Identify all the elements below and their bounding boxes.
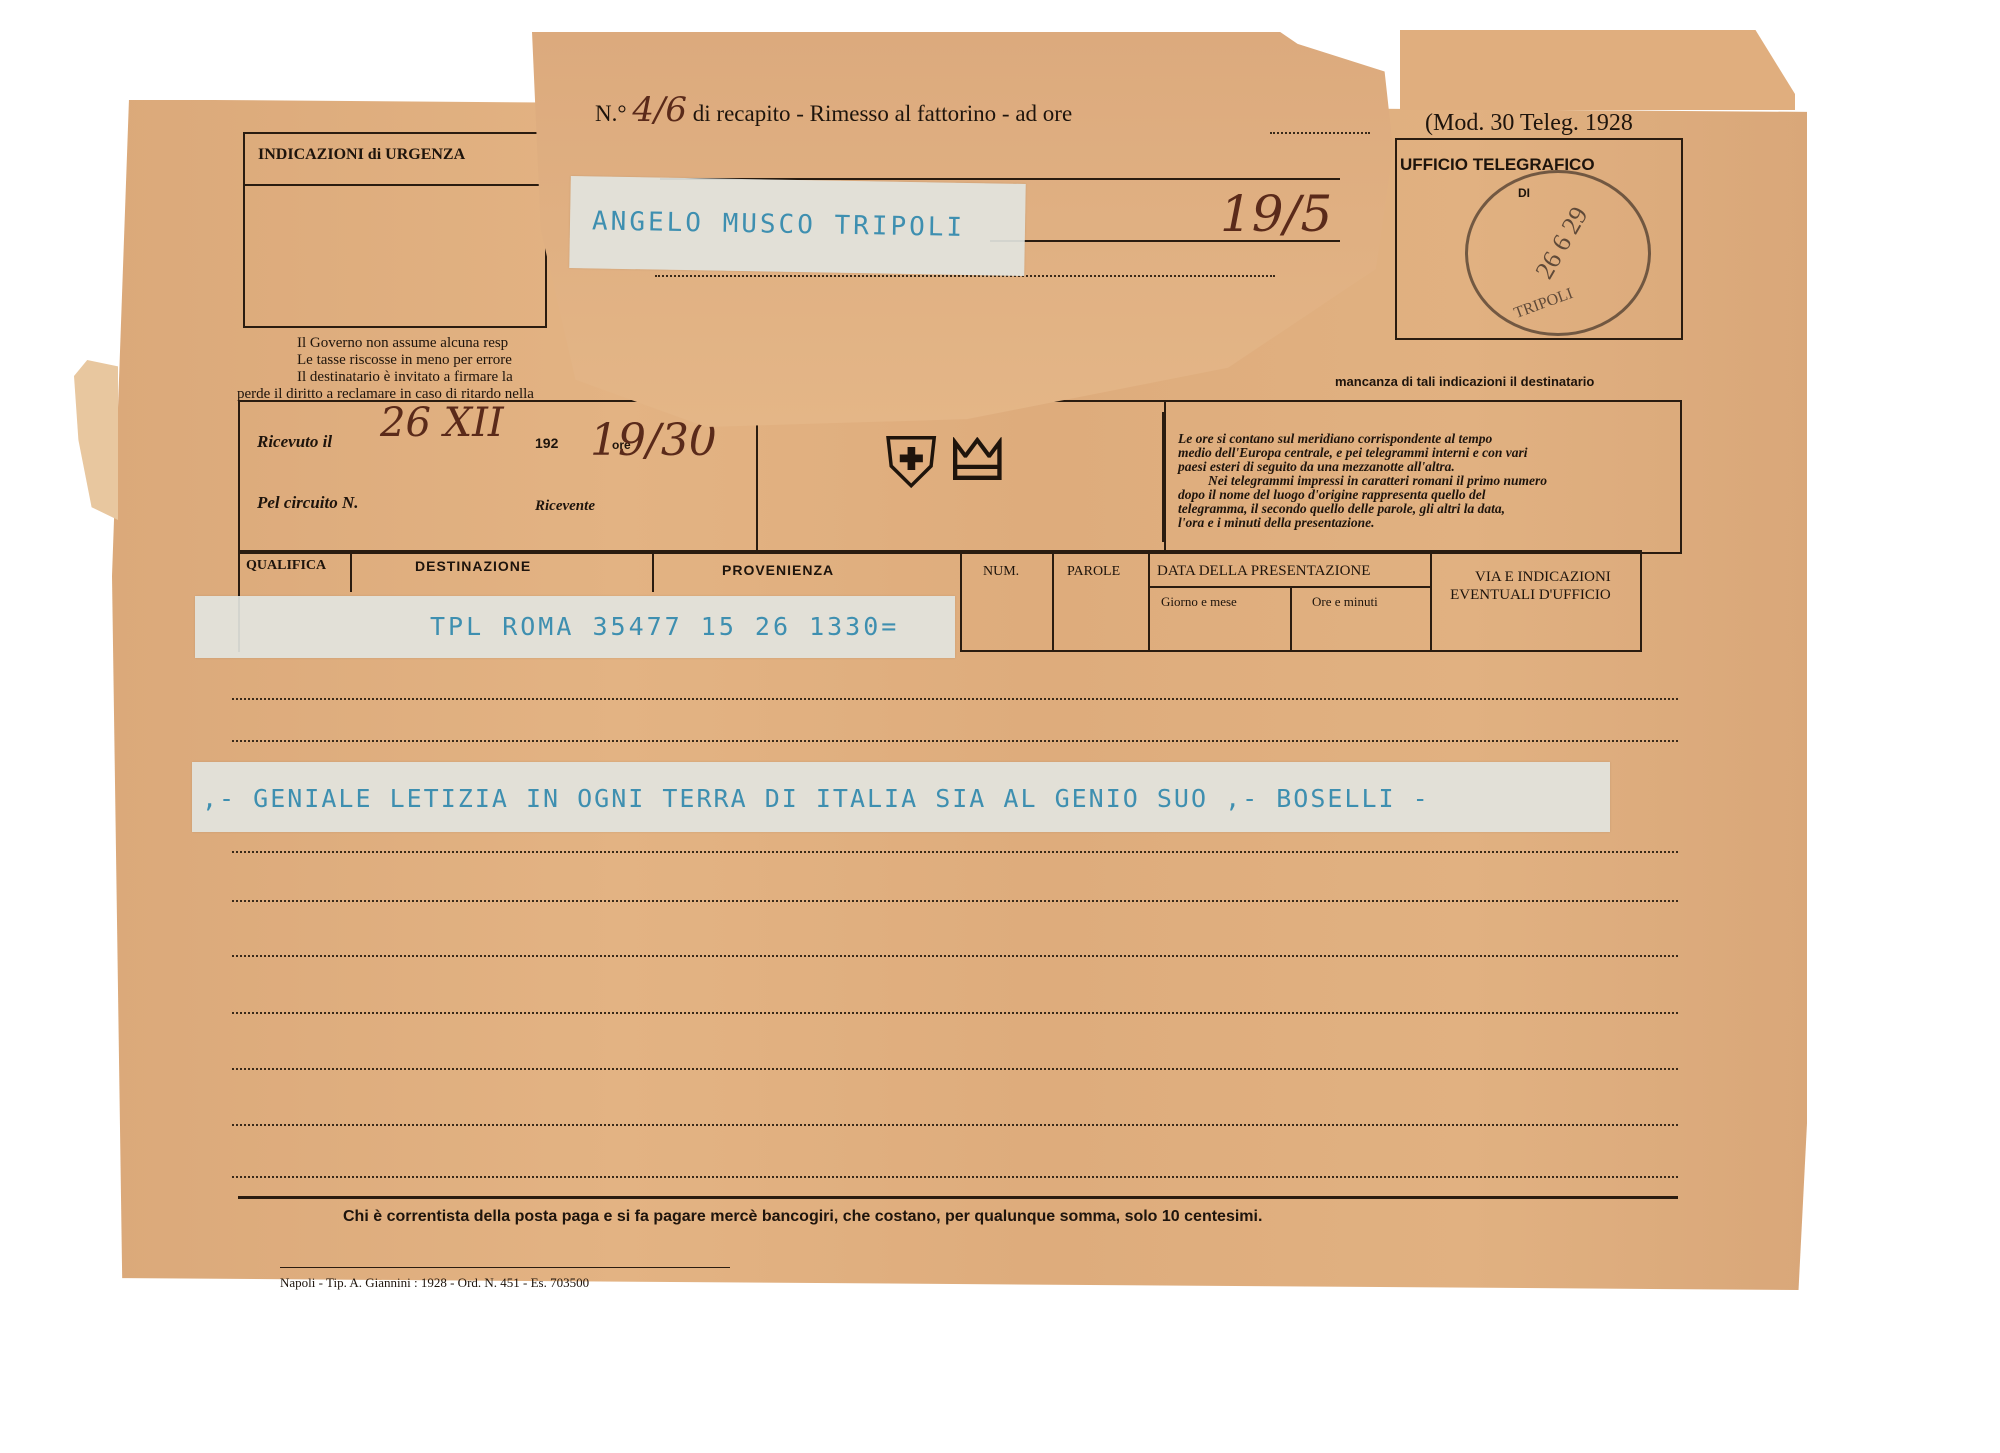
delivery-number: 4/6	[632, 90, 687, 130]
header-parole: PAROLE	[1067, 564, 1120, 580]
recipient-text: ANGELO MUSCO TRIPOLI	[592, 206, 966, 243]
header-provenienza: PROVENIENZA	[722, 562, 834, 578]
eagle-fasces-icon: 🜲	[950, 430, 1005, 490]
stamp-city: TRIPOLI	[1512, 285, 1576, 323]
coat-of-arms-icon: ⛨	[885, 430, 938, 500]
notice-text: Il Governo non assume alcuna resp Le tas…	[297, 335, 534, 403]
year-label: 192	[535, 435, 558, 451]
header-data-presentazione: DATA DELLA PRESENTAZIONE	[1157, 563, 1370, 580]
message-text: ,- GENIALE LETIZIA IN OGNI TERRA DI ITAL…	[202, 784, 1430, 813]
message-tape: ,- GENIALE LETIZIA IN OGNI TERRA DI ITAL…	[192, 762, 1610, 832]
header-via-indicazioni: VIA E INDICAZIONI EVENTUALI D'UFFICIO	[1475, 568, 1611, 604]
ricevuto-handwritten: 26 XII	[380, 400, 504, 446]
paper-top-right	[1400, 30, 1795, 110]
recipient-tape: ANGELO MUSCO TRIPOLI	[569, 176, 1026, 276]
ricevente-label: Ricevente	[535, 498, 595, 515]
header-tape: TPL ROMA 35477 15 26 1330=	[195, 596, 955, 658]
model-number: (Mod. 30 Teleg. 1928	[1425, 110, 1633, 137]
time-notice-text: Le ore si contano sul meridiano corrispo…	[1178, 432, 1547, 530]
header-giorno-mese: Giorno e mese	[1161, 594, 1237, 610]
footer-notice: Chi è correntista della posta paga e si …	[343, 1208, 1262, 1226]
recipient-handwritten: 19/5	[1220, 185, 1332, 243]
torn-paper-fragment	[74, 360, 118, 520]
circuito-label: Pel circuito N.	[257, 493, 359, 513]
urgency-label: INDICAZIONI di URGENZA	[258, 146, 465, 164]
printer-imprint: Napoli - Tip. A. Giannini : 1928 - Ord. …	[280, 1275, 589, 1291]
delivery-line: N.° 4/6 di recapito - Rimesso al fattori…	[595, 90, 1072, 130]
stamp-date: 26 6 29	[1530, 202, 1595, 285]
notice-right-fragment: mancanza di tali indicazioni il destinat…	[1335, 374, 1594, 389]
header-ore-minuti: Ore e minuti	[1312, 594, 1378, 610]
header-qualifica: QUALIFICA	[246, 558, 326, 574]
header-num: NUM.	[983, 564, 1019, 580]
postmark-stamp: 26 6 29 TRIPOLI	[1465, 170, 1651, 336]
ricevuto-label: Ricevuto il	[257, 432, 332, 452]
header-tape-text: TPL ROMA 35477 15 26 1330=	[430, 612, 899, 641]
header-destinazione: DESTINAZIONE	[415, 558, 531, 574]
